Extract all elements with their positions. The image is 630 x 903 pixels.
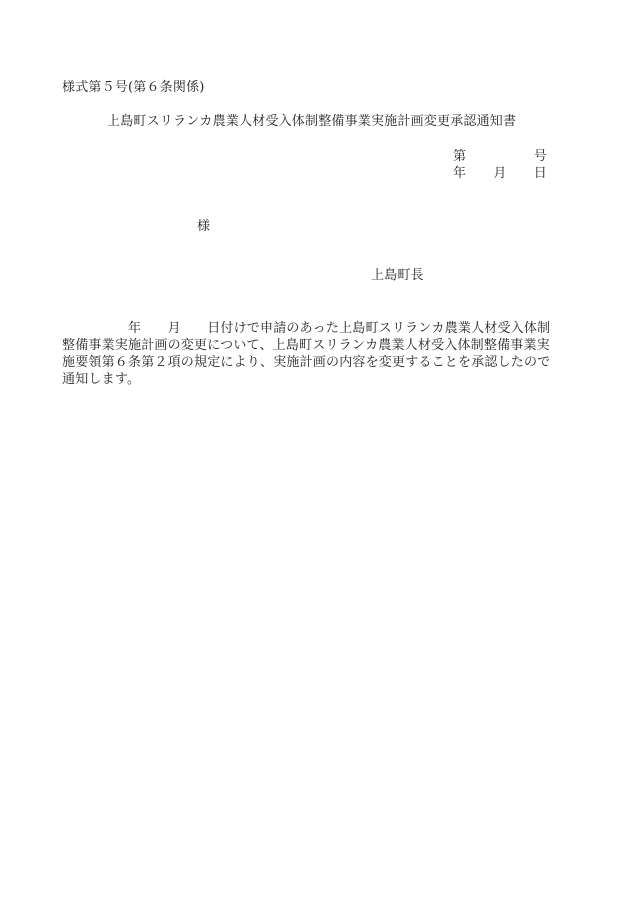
body-line: 年 月 日付けで申請のあった上島町スリランカ農業人材受入体制 (62, 320, 562, 337)
sender: 上島町長 (371, 268, 424, 284)
doc-number-prefix: 第 (453, 149, 466, 165)
document-number: 第 号 (453, 149, 547, 165)
form-number: 様式第５号(第６条関係) (62, 80, 205, 96)
document-date: 年 月 日 (453, 166, 547, 182)
body-text: 年 月 日付けで申請のあった上島町スリランカ農業人材受入体制 整備事業実施計画の… (62, 320, 562, 388)
body-line: 施要領第６条第２項の規定により、実施計画の内容を変更することを承認したので (62, 354, 562, 371)
date-year: 年 (453, 166, 466, 182)
body-line: 通知します。 (62, 371, 562, 388)
document-page: 様式第５号(第６条関係) 上島町スリランカ農業人材受入体制整備事業実施計画変更承… (0, 0, 630, 903)
date-day: 日 (534, 166, 547, 182)
date-month: 月 (493, 166, 506, 182)
document-title: 上島町スリランカ農業人材受入体制整備事業実施計画変更承認通知書 (107, 114, 516, 130)
recipient-suffix: 様 (197, 219, 210, 235)
body-line: 整備事業実施計画の変更について、上島町スリランカ農業人材受入体制整備事業実 (62, 337, 562, 354)
doc-number-suffix: 号 (534, 149, 547, 165)
